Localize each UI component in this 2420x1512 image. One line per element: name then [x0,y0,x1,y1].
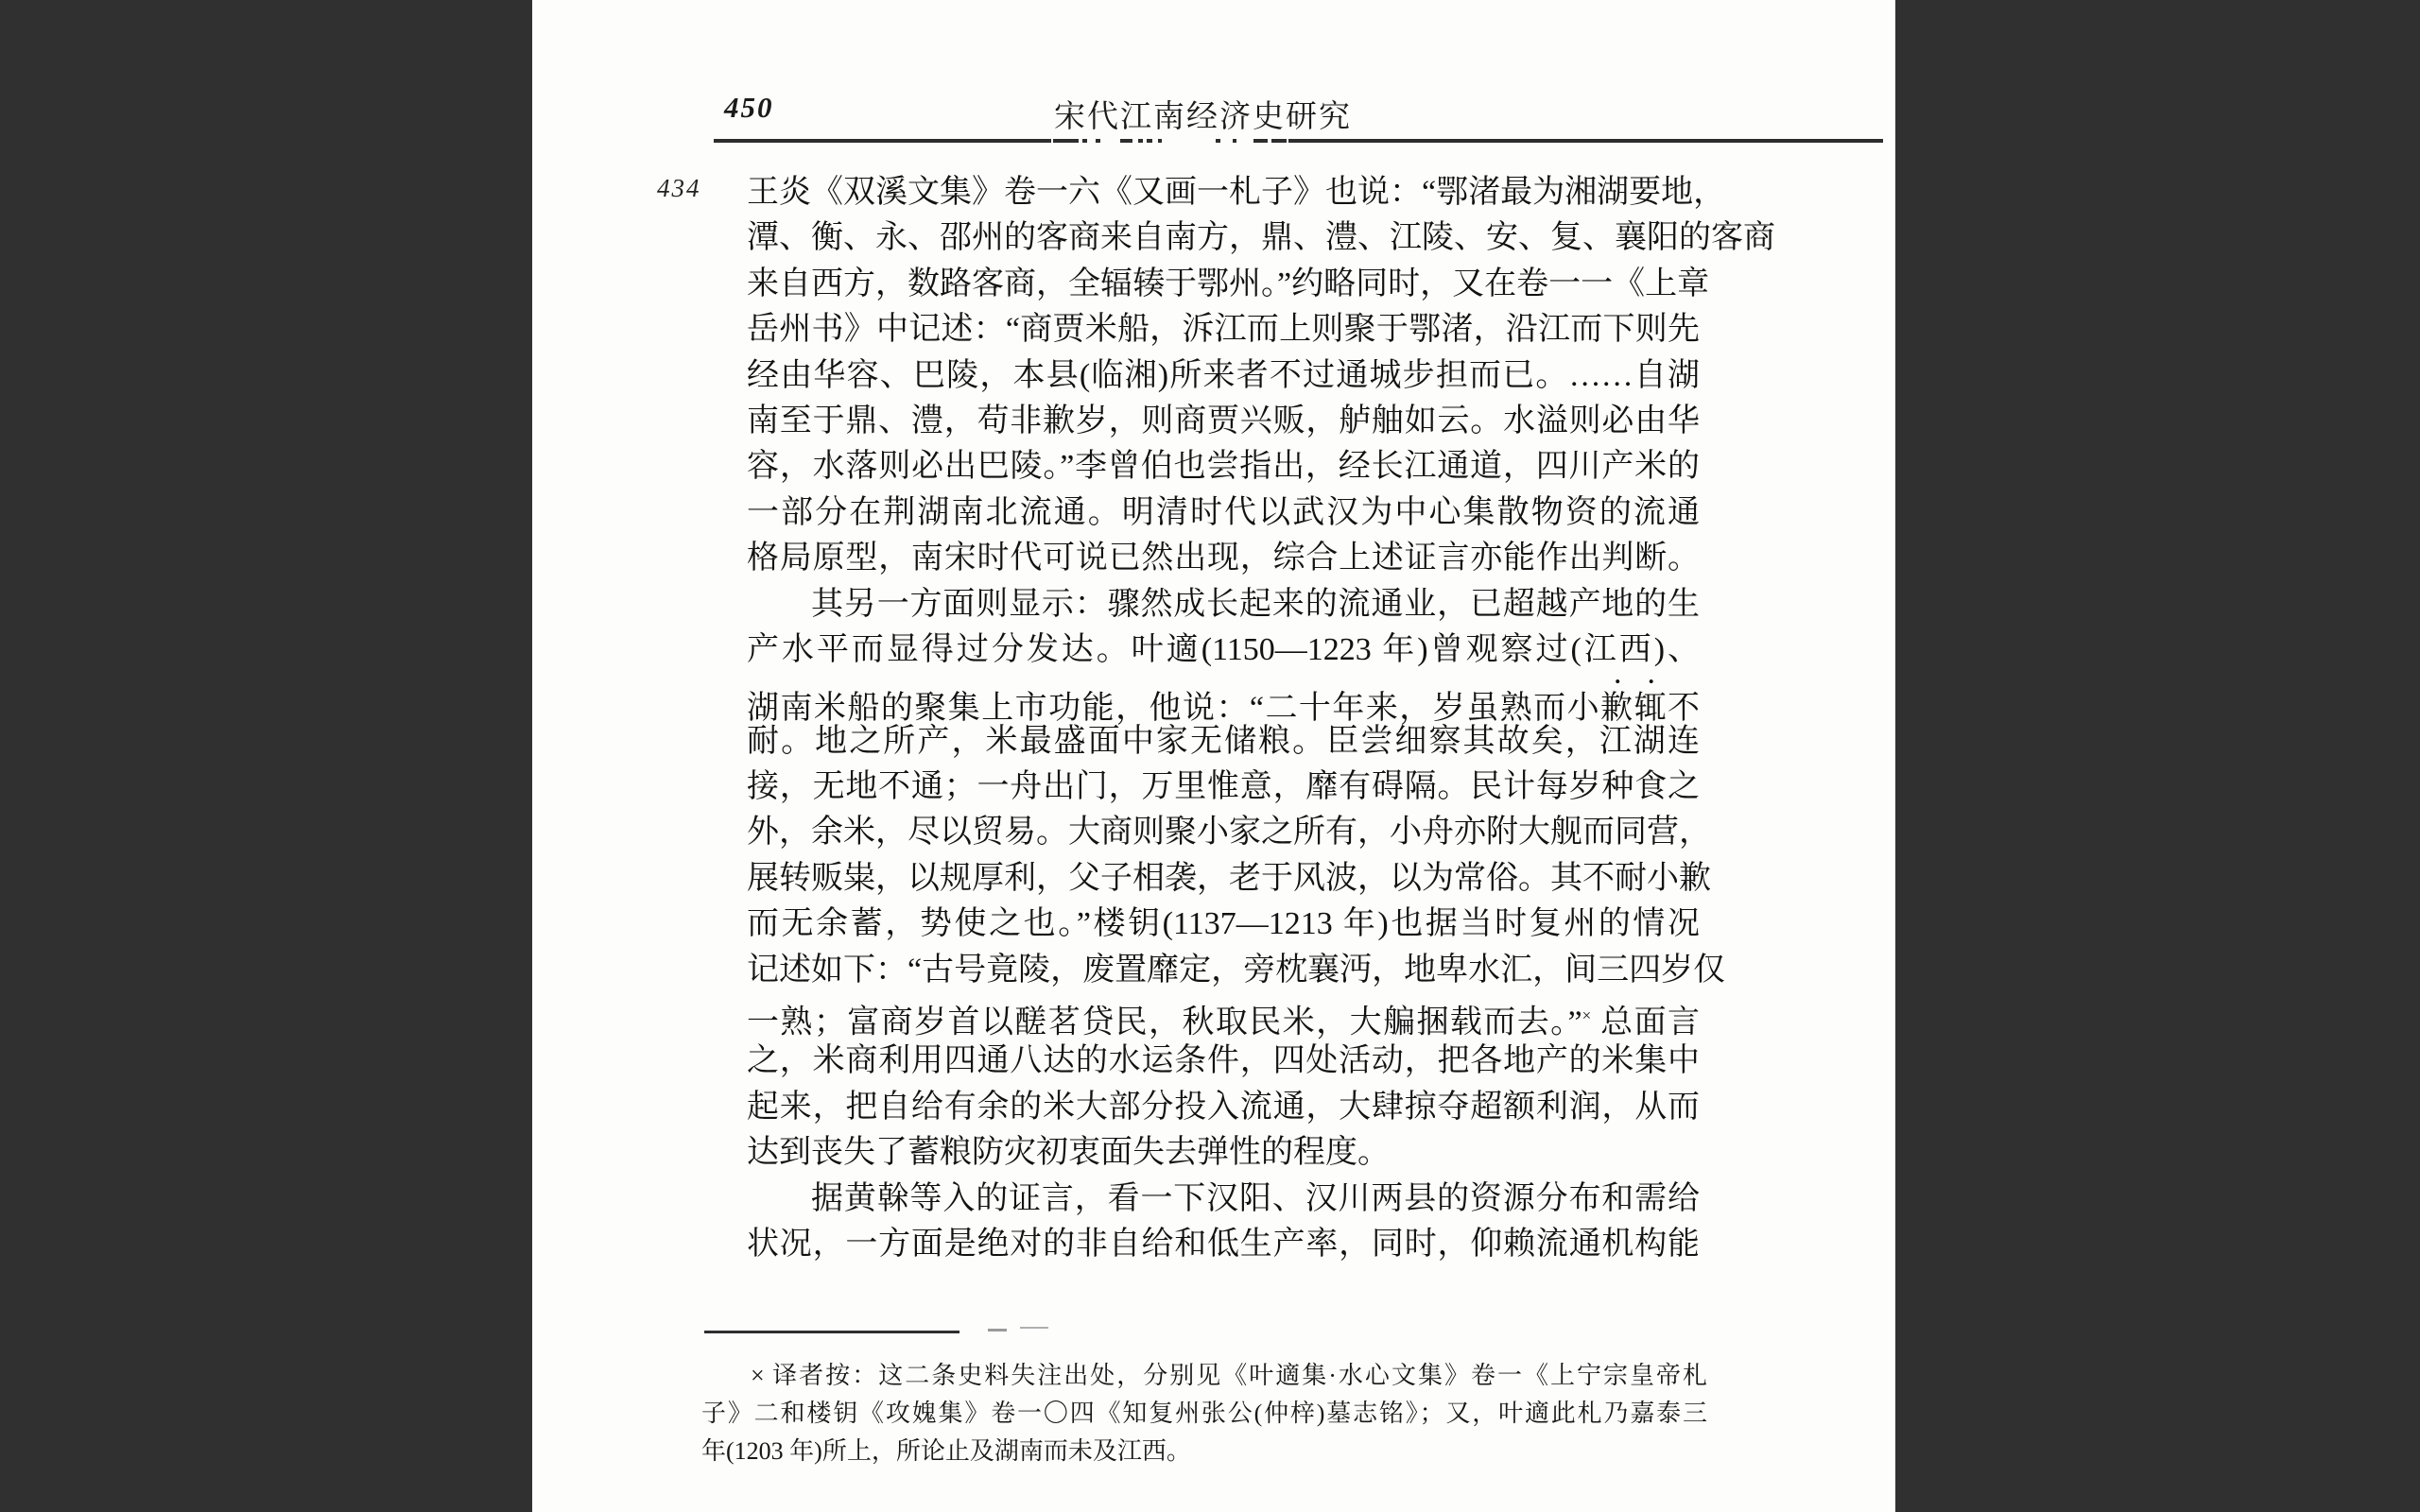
text-line: 来自西方，数路客商，全辐辏于鄂州。”约略同时，又在卷一一《上章 [747,262,1700,307]
text-line: 达到丧失了蓄粮防灾初衷面失去弹性的程度。 [747,1130,1700,1176]
text-line: 状况，一方面是绝对的非自给和低生产率，同时，仰赖流通机构能 [747,1222,1700,1267]
text-line: 产水平而显得过分发达。叶適(1150—1223 年)曾观察过(江西)、 [747,627,1700,673]
text-run: 据黄榦等入的证言，看一下汉阳、汉川两县的资源分布和需给 [811,1181,1700,1216]
text-line: 一部分在荆湖南北流通。明清时代以武汉为中心集散物资的流通 [747,490,1700,536]
text-line: 起来，把自给有余的米大部分投入流通，大肆掠夺超额利润，从而 [747,1085,1700,1130]
footnote-reference-mark: × [1582,1006,1592,1024]
text-run: 子》二和楼钥《攻媿集》卷一〇四《知复州张公(仲梓)墓志铭》；又，叶適此札乃嘉泰三 [701,1400,1707,1427]
text-run: 产水平而显得过分发达。叶適(1150—1223 年)曾观察过(江西)、 [747,632,1700,667]
text-run: 展转贩粜，以规厚利，父子相袭，老于风波，以为常俗。其不耐小歉 [747,861,1711,896]
header-folio-number: 450 [724,91,774,125]
text-run: 其另一方面则显示：骤然成长起来的流通业，已超越产地的生 [811,587,1700,622]
text-line: 据黄榦等入的证言，看一下汉阳、汉川两县的资源分布和需给 [747,1177,1700,1222]
body-text: 王炎《双溪文集》卷一六《又画一札子》也说：“鄂渚最为湘湖要地，潭、衡、永、邵州的… [747,170,1700,1267]
text-line: 记述如下：“古号竟陵，废置靡定，旁枕襄沔，地卑水汇，间三四岁仅 [747,948,1700,993]
text-run: 之，米商利用四通八达的水运条件，四处活动，把各地产的米集中 [747,1043,1700,1078]
text-run: 接，无地不通；一舟出门，万里惟意，靡有碍隔。民计每岁种食之 [747,769,1700,804]
text-run: 达到丧失了蓄粮防灾初衷面失去弹性的程度。 [747,1135,1390,1170]
text-run: 一部分在荆湖南北流通。明清时代以武汉为中心集散物资的流通 [747,495,1700,530]
text-run: 译者按：这二条史料失注出处，分别见《叶適集·水心文集》卷一《上宁宗皇帝札 [765,1362,1707,1389]
text-run: 格局原型，南宋时代可说已然出现，综合上述证言亦能作出判断。 [747,541,1700,576]
text-line: 王炎《双溪文集》卷一六《又画一札子》也说：“鄂渚最为湘湖要地， [747,170,1700,215]
footnote-text: × 译者按：这二条史料失注出处，分别见《叶適集·水心文集》卷一《上宁宗皇帝札子》… [701,1357,1707,1470]
text-run: 记述如下：“古号竟陵，废置靡定，旁枕襄沔，地卑水汇，间三四岁仅 [747,953,1725,988]
text-run: 岳州书》中记述：“商贾米船，泝江而上则聚于鄂渚，沿江而下则先 [747,312,1700,347]
text-line: 接，无地不通；一舟出门，万里惟意，靡有碍隔。民计每岁种食之 [747,765,1700,810]
text-run: 年(1203 年)所上，所论止及湖南而未及江西。 [701,1437,1191,1465]
text-line: 南至于鼎、澧，苟非歉岁，则商贾兴贩，舻舳如云。水溢则必由华 [747,399,1700,444]
footnote-marker: × [751,1362,765,1389]
text-run: 而无余蓄，势使之也。”楼钥(1137—1213 年)也据当时复州的情况 [747,906,1700,941]
text-line: 外，余米，尽以贸易。大商则聚小家之所有，小舟亦附大舰而同营， [747,810,1700,855]
text-run: 王炎《双溪文集》卷一六《又画一札子》也说：“鄂渚最为湘湖要地， [747,175,1725,210]
text-run: 总面言 [1591,1005,1700,1039]
text-line: 耐。地之所产，米最盛面中家无储粮。臣尝细察其故矣，江湖连 [747,719,1700,765]
viewer-background: 450 宋代江南经济史研究 434 王炎《双溪文集》卷一六《又画一札子》也说：“… [0,0,2420,1512]
text-run: 潭、衡、永、邵州的客商来自南方，鼎、澧、江陵、安、复、襄阳的客商 [747,220,1775,255]
text-line: 岳州书》中记述：“商贾米船，泝江而上则聚于鄂渚，沿江而下则先 [747,307,1700,352]
text-line: 而无余蓄，势使之也。”楼钥(1137—1213 年)也据当时复州的情况 [747,902,1700,947]
text-line: 湖南米船的聚集上市功能，他说：“二十年来，岁虽熟而小歉辄不 [747,673,1700,718]
text-line: 经由华容、巴陵，本县(临湘)所来者不过通城步担而已。……自湖 [747,353,1700,399]
text-line: 年(1203 年)所上，所论止及湖南而未及江西。 [701,1433,1707,1470]
text-line: 容，水落则必出巴陵。”李曾伯也尝指出，经长江通道，四川产米的 [747,444,1700,490]
text-run: 起来，把自给有余的米大部分投入流通，大肆掠夺超额利润，从而 [747,1090,1700,1125]
text-line: 展转贩粜，以规厚利，父子相袭，老于风波，以为常俗。其不耐小歉 [747,856,1700,902]
text-line: × 译者按：这二条史料失注出处，分别见《叶適集·水心文集》卷一《上宁宗皇帝札 [701,1357,1707,1395]
text-line: 其另一方面则显示：骤然成长起来的流通业，已超越产地的生 [747,582,1700,627]
scanned-book-page: 450 宋代江南经济史研究 434 王炎《双溪文集》卷一六《又画一札子》也说：“… [532,0,1895,1512]
text-run: 一熟；富商岁首以醝茗贷民，秋取民米，大艑捆载而去。” [747,1005,1582,1039]
text-run: 外，余米，尽以贸易。大商则聚小家之所有，小舟亦附大舰而同营， [747,815,1711,850]
header-running-title: 宋代江南经济史研究 [1054,92,1352,136]
margin-page-number: 434 [657,174,701,203]
text-run: 南至于鼎、澧，苟非歉岁，则商贾兴贩，舻舳如云。水溢则必由华 [747,404,1700,438]
text-line: 格局原型，南宋时代可说已然出现，综合上述证言亦能作出判断。 [747,536,1700,581]
text-run: 耐。地之所产，米最盛面中家无储粮。臣尝细察其故矣，江湖连 [747,724,1700,759]
text-run: 容，水落则必出巴陵。”李曾伯也尝指出，经长江通道，四川产米的 [747,449,1700,484]
text-run: 状况，一方面是绝对的非自给和低生产率，同时，仰赖流通机构能 [747,1227,1700,1262]
text-line: 潭、衡、永、邵州的客商来自南方，鼎、澧、江陵、安、复、襄阳的客商 [747,215,1700,261]
text-line: 之，米商利用四通八达的水运条件，四处活动，把各地产的米集中 [747,1039,1700,1084]
text-run: 经由华容、巴陵，本县(临湘)所来者不过通城步担而已。……自湖 [747,358,1700,393]
text-line: 一熟；富商岁首以醝茗贷民，秋取民米，大艑捆载而去。”× 总面言 [747,993,1700,1039]
text-line: 子》二和楼钥《攻媿集》卷一〇四《知复州张公(仲梓)墓志铭》；又，叶適此札乃嘉泰三 [701,1395,1707,1433]
text-run: 来自西方，数路客商，全辐辏于鄂州。”约略同时，又在卷一一《上章 [747,266,1709,301]
